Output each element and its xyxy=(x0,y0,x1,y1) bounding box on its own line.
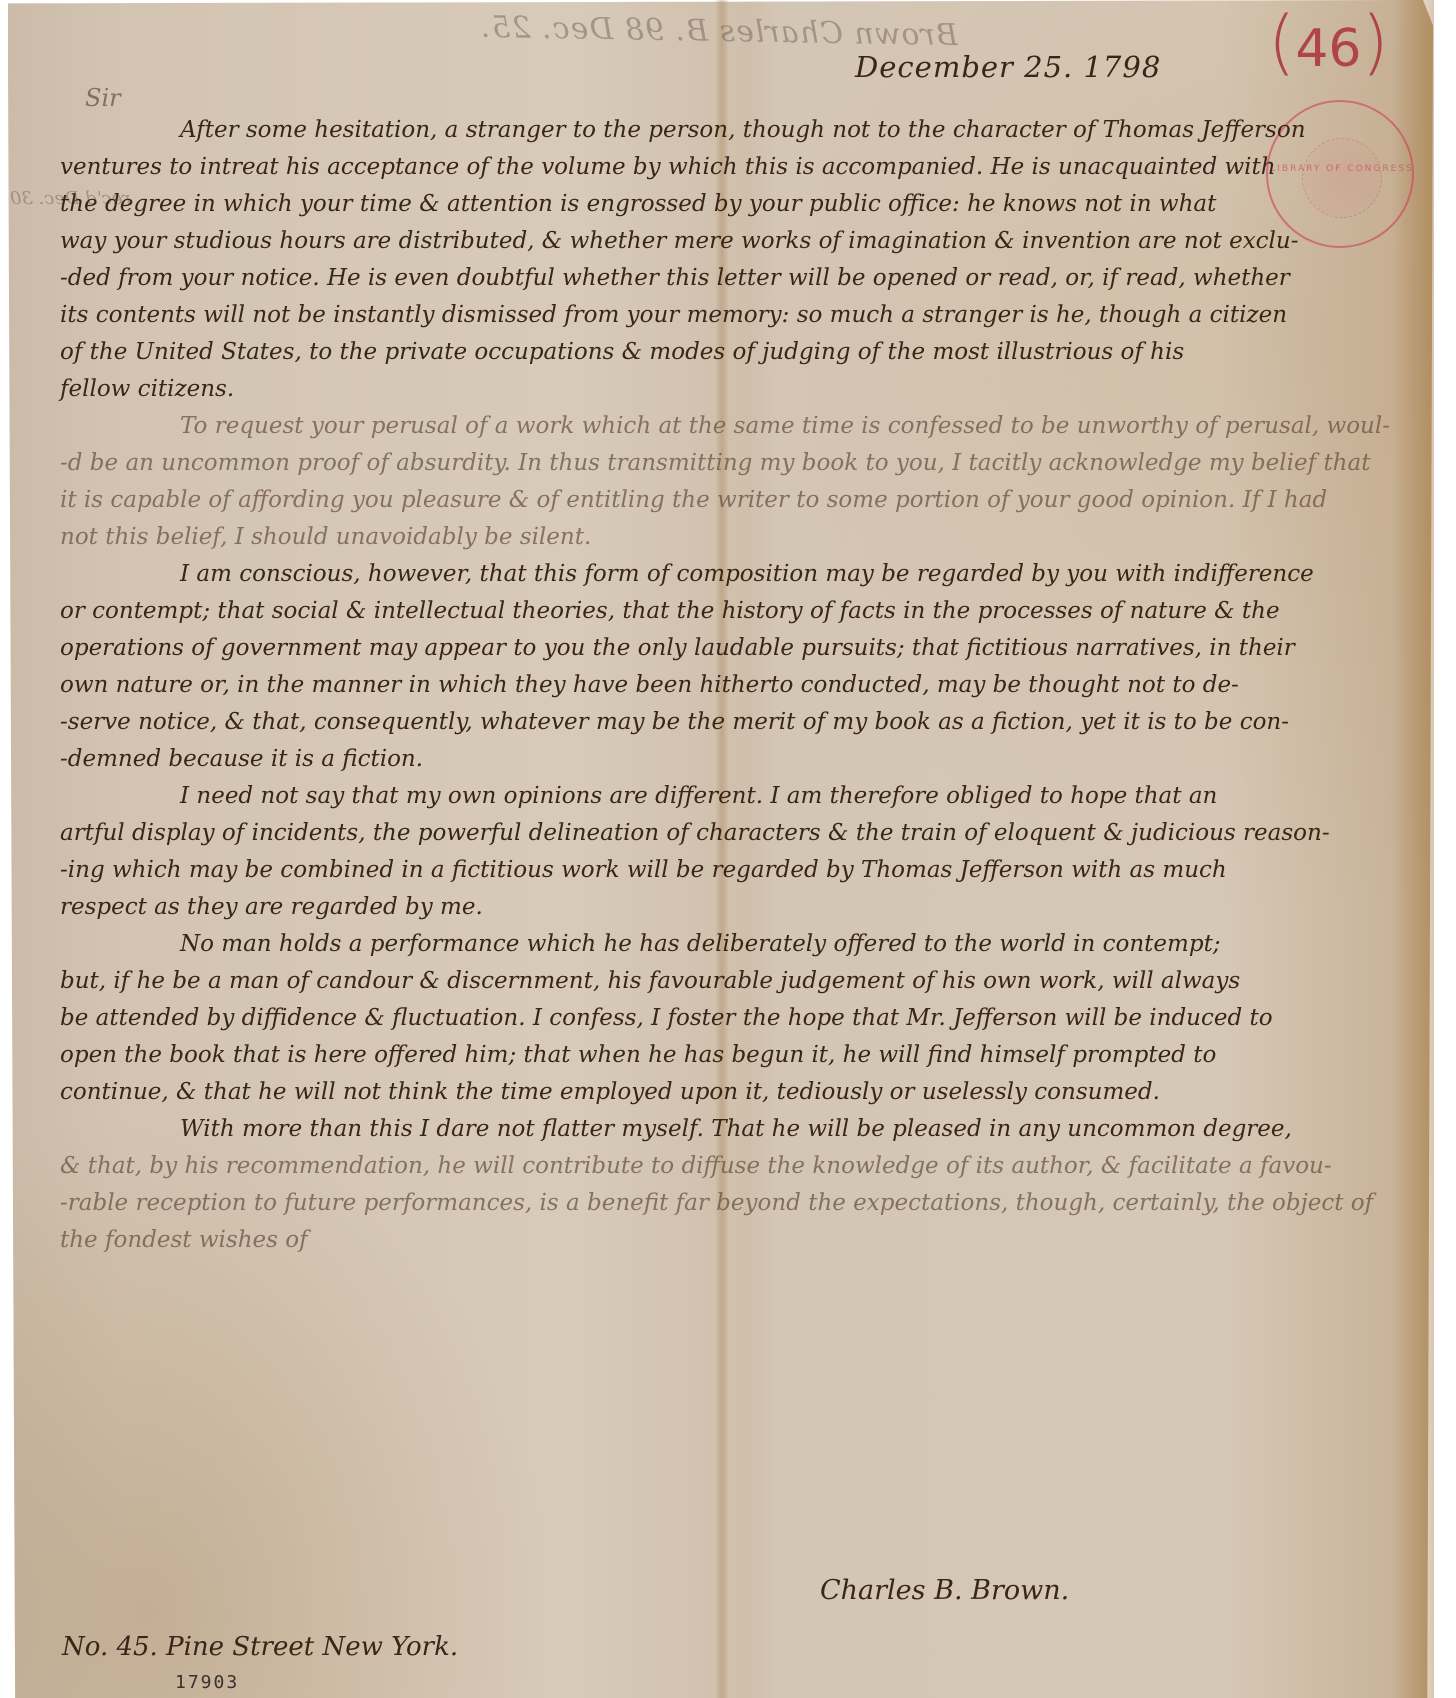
letter-line: own nature or, in the manner in which th… xyxy=(60,667,1410,704)
letter-date: December 25. 1798 xyxy=(855,50,1161,84)
letter-line: respect as they are regarded by me. xyxy=(60,889,1410,926)
letter-line: operations of government may appear to y… xyxy=(60,630,1410,667)
letter-line: but, if he be a man of candour & discern… xyxy=(60,963,1410,1000)
letter-line: of the United States, to the private occ… xyxy=(60,334,1410,371)
letter-line: the fondest wishes of xyxy=(60,1222,1410,1259)
salutation: Sir xyxy=(85,84,121,112)
letter-line: -ded from your notice. He is even doubtf… xyxy=(60,260,1410,297)
letter-line: not this belief, I should unavoidably be… xyxy=(60,519,1410,556)
letter-line: -serve notice, & that, consequently, wha… xyxy=(60,704,1410,741)
letter-line: continue, & that he will not think the t… xyxy=(60,1074,1410,1111)
letter-line: it is capable of affording you pleasure … xyxy=(60,482,1410,519)
letter-line: open the book that is here offered him; … xyxy=(60,1037,1410,1074)
archive-catalog-number: 17903 xyxy=(175,1672,239,1693)
letter-line: ventures to intreat his acceptance of th… xyxy=(60,149,1410,186)
letter-line: To request your perusal of a work which … xyxy=(60,408,1410,445)
sender-address: No. 45. Pine Street New York. xyxy=(62,1632,458,1662)
letter-line: -rable reception to future performances,… xyxy=(60,1185,1410,1222)
letter-line: the degree in which your time & attentio… xyxy=(60,186,1410,223)
letter-line: fellow citizens. xyxy=(60,371,1410,408)
letter-line: its contents will not be instantly dismi… xyxy=(60,297,1410,334)
signature: Charles B. Brown. xyxy=(820,1575,1069,1606)
letter-line: or contempt; that social & intellectual … xyxy=(60,593,1410,630)
letter-line: After some hesitation, a stranger to the… xyxy=(60,112,1410,149)
paren-close-icon: ) xyxy=(1361,1,1388,83)
letter-line: I need not say that my own opinions are … xyxy=(60,778,1410,815)
letter-line: No man holds a performance which he has … xyxy=(60,926,1410,963)
letter-line: -ing which may be combined in a fictitio… xyxy=(60,852,1410,889)
letter-line: & that, by his recommendation, he will c… xyxy=(60,1148,1410,1185)
folio-number: (46) xyxy=(1268,2,1388,82)
letter-body: After some hesitation, a stranger to the… xyxy=(60,112,1410,1259)
letter-line: With more than this I dare not flatter m… xyxy=(60,1111,1410,1148)
letter-line: -d be an uncommon proof of absurdity. In… xyxy=(60,445,1410,482)
letter-line: be attended by diffidence & fluctuation.… xyxy=(60,1000,1410,1037)
letter-line: -demned because it is a fiction. xyxy=(60,741,1410,778)
paren-open-icon: ( xyxy=(1268,1,1295,83)
letter-line: I am conscious, however, that this form … xyxy=(60,556,1410,593)
letter-line: way your studious hours are distributed,… xyxy=(60,223,1410,260)
folio-number-value: 46 xyxy=(1295,19,1361,79)
letter-line: artful display of incidents, the powerfu… xyxy=(60,815,1410,852)
